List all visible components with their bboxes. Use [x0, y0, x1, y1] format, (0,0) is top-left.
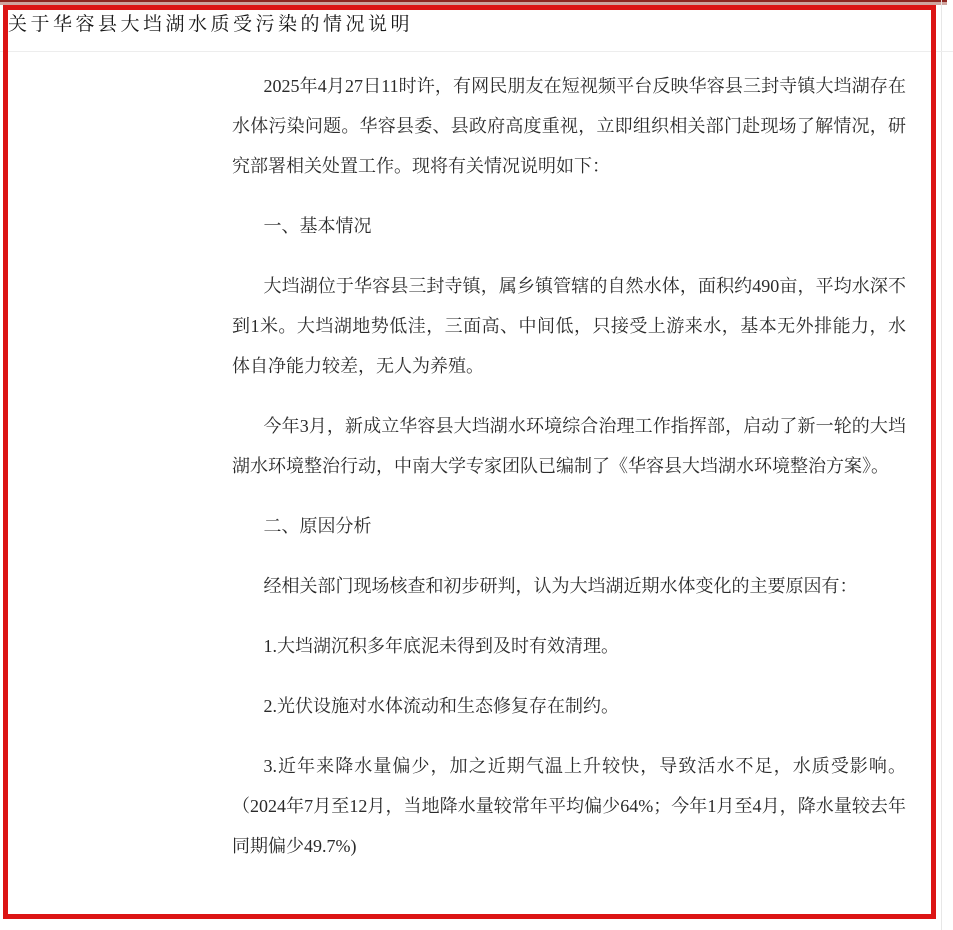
top-edge-pink-strip	[0, 2, 947, 5]
announcement-page: 关于华容县大垱湖水质受污染的情况说明 2025年4月27日11时许，有网民朋友在…	[0, 0, 953, 930]
list-item-cause-2: 2.光伏设施对水体流动和生态修复存在制约。	[232, 686, 906, 726]
paragraph-intro: 2025年4月27日11时许，有网民朋友在短视频平台反映华容县三封寺镇大垱湖存在…	[232, 66, 906, 186]
paragraph-remediation-plan: 今年3月，新成立华容县大垱湖水环境综合治理工作指挥部，启动了新一轮的大垱湖水环境…	[232, 406, 906, 486]
page-right-edge-line	[941, 0, 942, 930]
page-title: 关于华容县大垱湖水质受污染的情况说明	[8, 9, 413, 36]
title-divider	[0, 51, 953, 52]
section-heading-basic-situation: 一、基本情况	[232, 206, 906, 246]
article-body: 2025年4月27日11时许，有网民朋友在短视频平台反映华容县三封寺镇大垱湖存在…	[232, 66, 906, 886]
paragraph-cause-intro: 经相关部门现场核查和初步研判，认为大垱湖近期水体变化的主要原因有：	[232, 566, 906, 606]
paragraph-lake-description: 大垱湖位于华容县三封寺镇，属乡镇管辖的自然水体，面积约490亩，平均水深不到1米…	[232, 266, 906, 386]
list-item-cause-1: 1.大垱湖沉积多年底泥未得到及时有效清理。	[232, 626, 906, 666]
section-heading-cause-analysis: 二、原因分析	[232, 506, 906, 546]
list-item-cause-3: 3.近年来降水量偏少，加之近期气温上升较快，导致活水不足，水质受影响。（2024…	[232, 746, 906, 866]
